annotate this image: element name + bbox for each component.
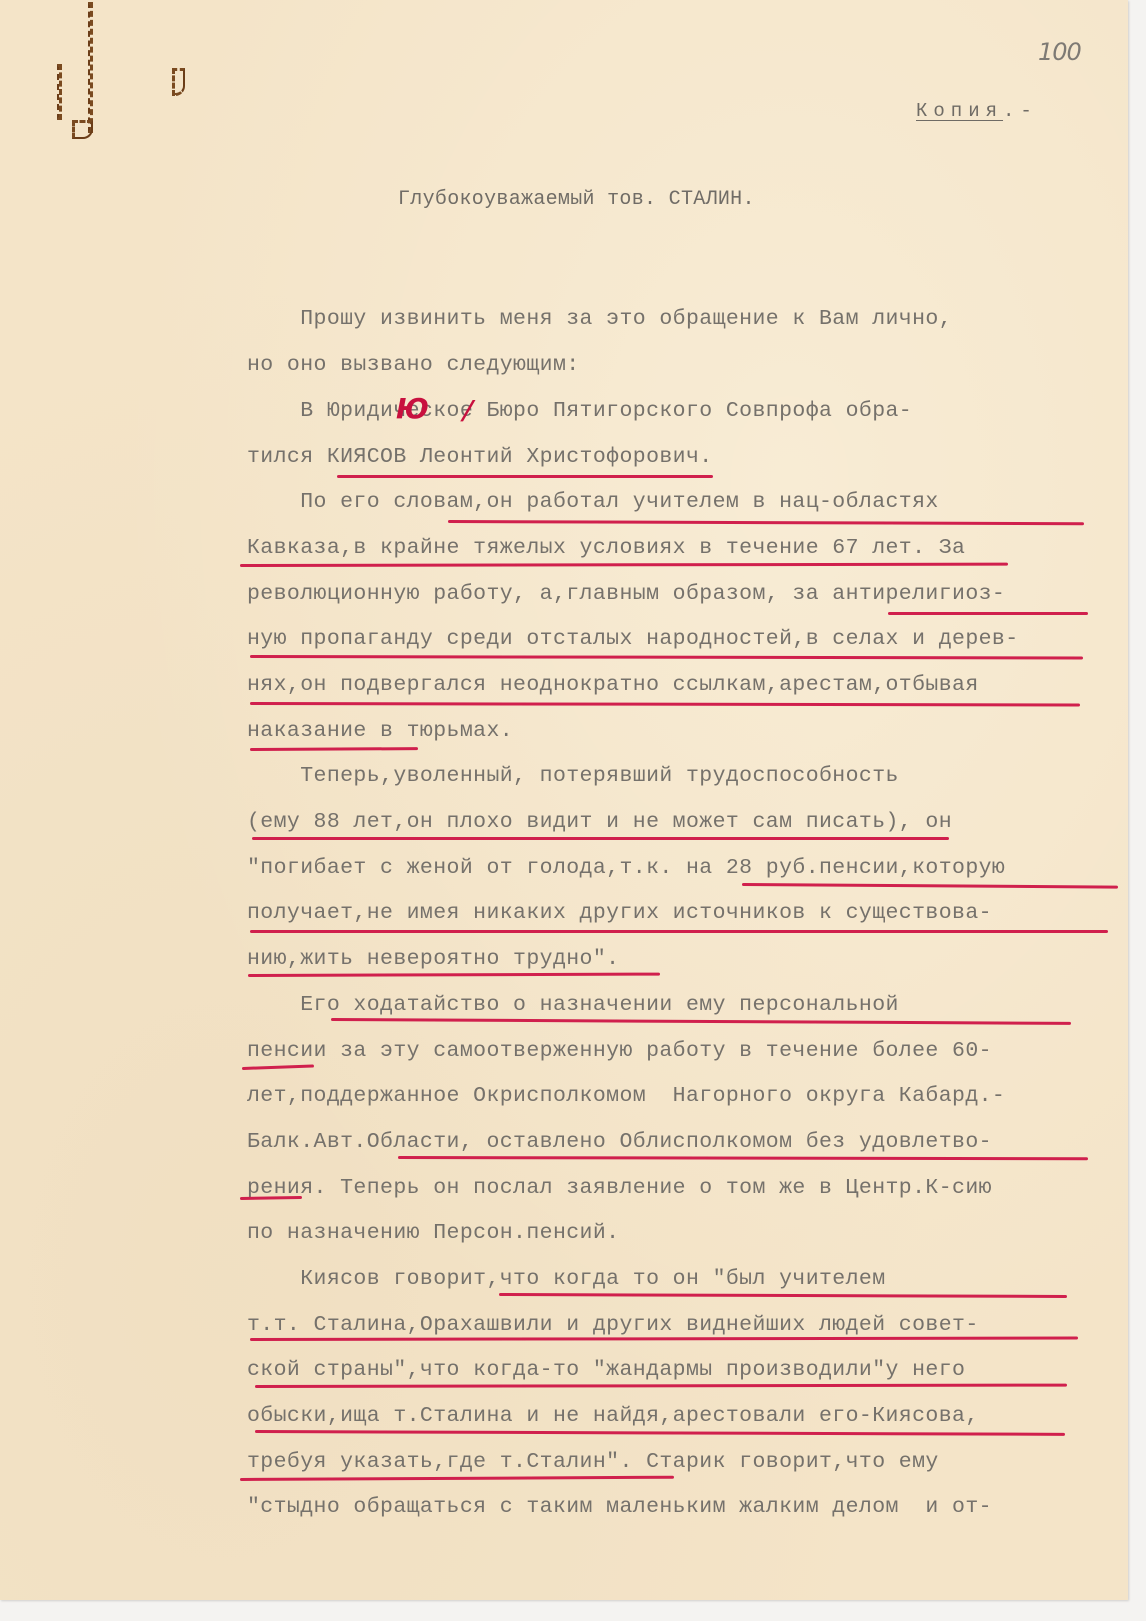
- red-underline: [250, 747, 418, 751]
- binding-thread-mark: [72, 120, 93, 139]
- red-underline: [742, 883, 1118, 889]
- page-number: 100: [1038, 38, 1081, 66]
- red-underline: [255, 1430, 1065, 1436]
- red-underline: [250, 930, 1108, 933]
- text-line: получает,не имея никаких других источник…: [247, 900, 992, 926]
- text-line: ской страны",что когда-то "жандармы прои…: [247, 1357, 965, 1383]
- text-line: (ему 88 лет,он плохо видит и не может са…: [247, 809, 952, 835]
- red-underline: [888, 612, 1088, 615]
- red-underline: [250, 1337, 1078, 1341]
- handwritten-correction: Ю: [396, 392, 429, 425]
- text-line: наказание в тюрьмах.: [247, 718, 513, 744]
- red-underline: [252, 837, 949, 840]
- text-line: обыски,ища т.Сталина и не найдя,арестова…: [247, 1403, 979, 1429]
- text-line: нях,он подвергался неоднократно ссылкам,…: [247, 672, 979, 698]
- red-underline: [250, 702, 1080, 706]
- text-line: Кавказа,в крайне тяжелых условиях в тече…: [247, 535, 965, 561]
- copy-label: Копия.-: [916, 100, 1038, 122]
- text-line: революционную работу, а,главным образом,…: [247, 581, 1005, 607]
- binding-thread-mark: [88, 2, 93, 133]
- document-page: 100 Копия.- Глубокоуважаемый тов. СТАЛИН…: [0, 0, 1128, 1600]
- text-line: требуя указать,где т.Сталин". Старик гов…: [247, 1449, 939, 1475]
- text-line: ную пропаганду среди отсталых народносте…: [247, 626, 1019, 652]
- text-line: тился КИЯСОВ Леонтий Христофорович.: [247, 444, 713, 470]
- text-line: пенсии за эту самоотверженную работу в т…: [247, 1038, 992, 1064]
- text-line: Балк.Авт.Области, оставлено Облисполкомо…: [247, 1129, 992, 1155]
- text-line: нию,жить невероятно трудно".: [247, 946, 619, 972]
- copy-label-text: Копия: [916, 100, 1003, 122]
- text-line: Прошу извинить меня за это обращение к В…: [247, 306, 952, 332]
- red-underline: [398, 1156, 1088, 1160]
- text-line: По его словам,он работал учителем в нац-…: [247, 489, 939, 515]
- text-line: рения. Теперь он послал заявление о том …: [247, 1175, 992, 1201]
- text-line: Теперь,уволенный, потерявший трудоспособ…: [247, 763, 899, 789]
- copy-label-suffix: .-: [1003, 100, 1038, 122]
- red-underline: [248, 973, 660, 977]
- text-line: В Юридическое Бюро Пятигорского Совпрофа…: [247, 398, 912, 424]
- text-line: Его ходатайство о назначении ему персона…: [247, 992, 899, 1018]
- text-line: т.т. Сталина,Орахашвили и других виднейш…: [247, 1312, 979, 1338]
- text-line: но оно вызвано следующим:: [247, 352, 580, 378]
- red-underline: [255, 1384, 1067, 1388]
- red-underline: [250, 655, 1083, 659]
- binding-thread-mark: [172, 68, 185, 96]
- text-line: "стыдно обращаться с таким маленьким жал…: [247, 1494, 992, 1520]
- text-line: лет,поддержанное Окрисполкомом Нагорного…: [247, 1083, 1005, 1109]
- red-underline: [331, 1018, 1071, 1025]
- red-underline: [448, 520, 1084, 525]
- red-underline: [337, 475, 713, 478]
- red-underline: [240, 563, 1008, 567]
- red-underline: [499, 1293, 1067, 1298]
- salutation: Глубокоуважаемый тов. СТАЛИН.: [398, 188, 755, 211]
- red-underline: [240, 1476, 674, 1481]
- binding-thread-mark: [57, 64, 62, 120]
- text-line: по назначению Персон.пенсий.: [247, 1220, 619, 1246]
- text-line: "погибает с женой от голода,т.к. на 28 р…: [247, 855, 1005, 881]
- red-underline: [242, 1064, 314, 1070]
- text-line: Киясов говорит,что когда то он "был учит…: [247, 1266, 886, 1292]
